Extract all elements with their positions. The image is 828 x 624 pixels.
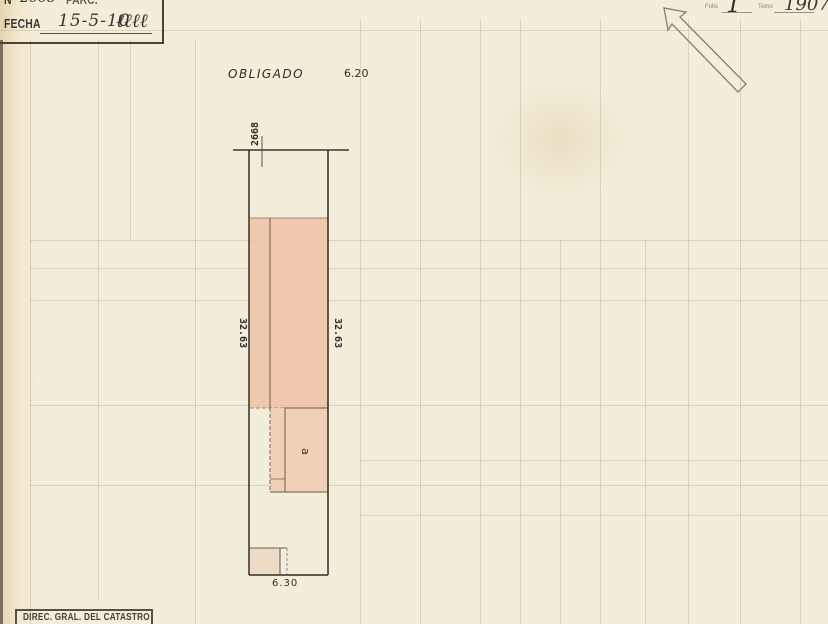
back-width: 6.30 — [272, 578, 298, 589]
right-side-length: 32.63 — [332, 318, 343, 348]
street-number: 2668 — [250, 122, 261, 146]
lot-plan — [0, 0, 828, 624]
agency-stamp: DIREC. GRAL. DEL CATASTRO — [15, 609, 153, 624]
agency-name: DIREC. GRAL. DEL CATASTRO — [23, 612, 150, 623]
area-label: a — [299, 448, 312, 455]
left-side-length: 32.63 — [237, 318, 248, 348]
